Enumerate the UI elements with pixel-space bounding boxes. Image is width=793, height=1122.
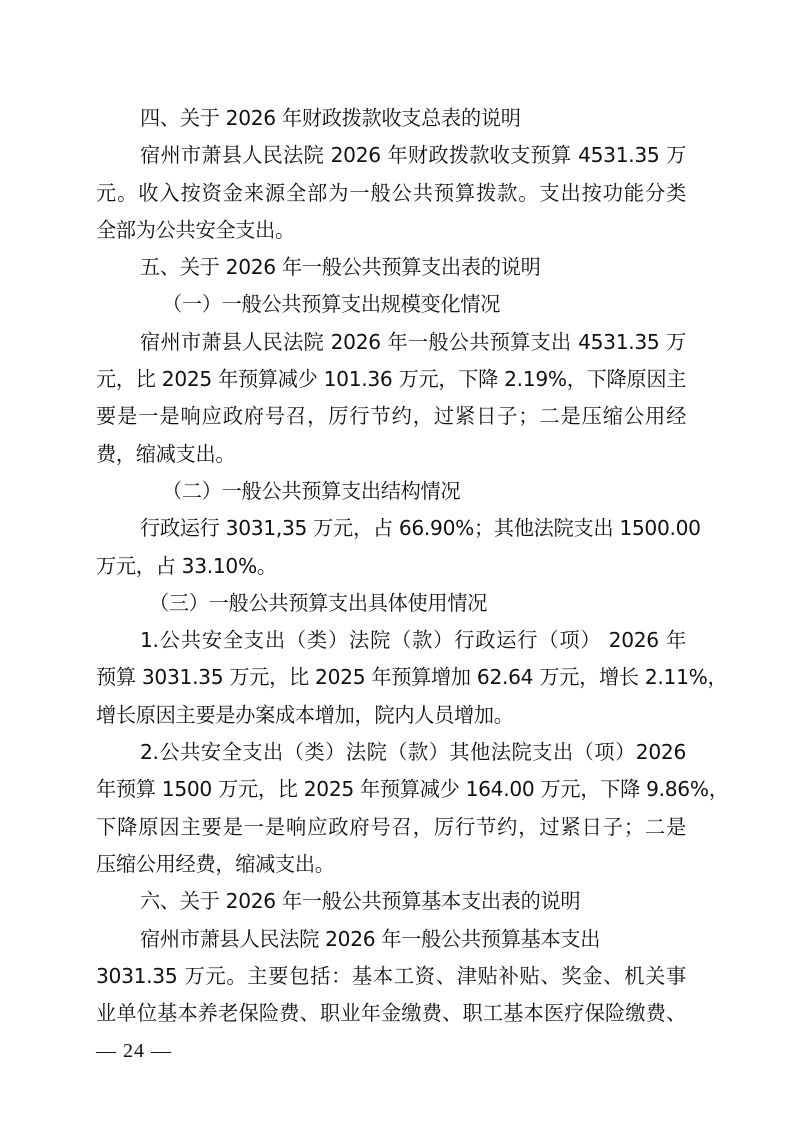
paragraph-line: 万元，占 33.10%。: [96, 548, 686, 585]
subsection-heading-2: （二）一般公共预算支出结构情况: [96, 473, 686, 510]
paragraph-line: 业单位基本养老保险费、职业年金缴费、职工基本医疗保险缴费、: [96, 995, 686, 1032]
paragraph-line: 全部为公共安全支出。: [96, 212, 686, 249]
paragraph-line: 宿州市萧县人民法院 2026 年一般公共预算支出 4531.35 万: [96, 324, 686, 361]
page-number: — 24 —: [96, 1040, 172, 1063]
paragraph-line: 元。收入按资金来源全部为一般公共预算拨款。支出按功能分类: [96, 175, 686, 212]
paragraph-line: 费，缩减支出。: [96, 436, 686, 473]
subsection-heading-1: （一）一般公共预算支出规模变化情况: [96, 286, 686, 323]
section-heading-4: 四、关于 2026 年财政拨款收支总表的说明: [96, 100, 686, 137]
paragraph-line: 宿州市萧县人民法院 2026 年一般公共预算基本支出: [96, 921, 686, 958]
paragraph-line: 下降原因主要是一是响应政府号召，厉行节约，过紧日子；二是: [96, 809, 686, 846]
paragraph-line: 元，比 2025 年预算减少 101.36 万元，下降 2.19%，下降原因主: [96, 361, 686, 398]
section-heading-6: 六、关于 2026 年一般公共预算基本支出表的说明: [96, 883, 686, 920]
paragraph-line: 要是一是响应政府号召，厉行节约，过紧日子；二是压缩公用经: [96, 398, 686, 435]
paragraph-line: 年预算 1500 万元，比 2025 年预算减少 164.00 万元，下降 9.…: [96, 771, 686, 808]
paragraph-line: 1.公共安全支出（类）法院（款）行政运行（项） 2026 年: [96, 622, 686, 659]
paragraph-line: 增长原因主要是办案成本增加，院内人员增加。: [96, 697, 686, 734]
paragraph-line: 行政运行 3031,35 万元，占 66.90%；其他法院支出 1500.00: [96, 510, 686, 547]
section-heading-5: 五、关于 2026 年一般公共预算支出表的说明: [96, 249, 686, 286]
paragraph-line: 压缩公用经费，缩减支出。: [96, 846, 686, 883]
paragraph-line: 2.公共安全支出（类）法院（款）其他法院支出（项）2026: [96, 734, 686, 771]
document-page: 四、关于 2026 年财政拨款收支总表的说明 宿州市萧县人民法院 2026 年财…: [96, 100, 686, 1032]
paragraph-line: 预算 3031.35 万元，比 2025 年预算增加 62.64 万元，增长 2…: [96, 659, 686, 696]
subsection-heading-3: （三）一般公共预算支出具体使用情况: [96, 585, 686, 622]
paragraph-line: 3031.35 万元。主要包括：基本工资、津贴补贴、奖金、机关事: [96, 958, 686, 995]
paragraph-line: 宿州市萧县人民法院 2026 年财政拨款收支预算 4531.35 万: [96, 137, 686, 174]
